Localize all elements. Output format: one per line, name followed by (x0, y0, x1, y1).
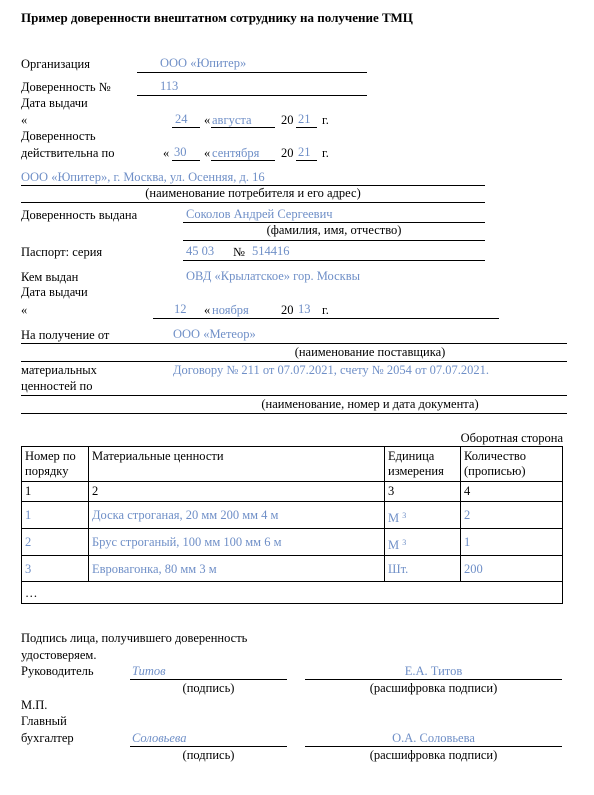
valid-until-day[interactable]: 30 (174, 145, 187, 160)
passport-number[interactable]: 514416 (252, 244, 290, 259)
column-number: 4 (461, 482, 563, 502)
header-cell: Единица измерения (385, 447, 461, 482)
number-label: Доверенность № (21, 80, 111, 95)
passport-label: Паспорт: серия (21, 245, 102, 260)
supplier-value[interactable]: ООО «Метеор» (173, 327, 256, 342)
passport-issuer-label: Кем выдан (21, 270, 78, 285)
passport-date-year-prefix: 20 (281, 303, 294, 318)
issue-date-month[interactable]: августа (212, 113, 252, 128)
document-caption-underline (21, 413, 567, 414)
row-unit[interactable]: М 3 (385, 529, 461, 556)
column-number: 3 (385, 482, 461, 502)
valid-month-underline (211, 160, 275, 161)
items-table: Номер по порядку Материальные ценности Е… (21, 446, 563, 604)
supplier-label: На получение от (21, 328, 109, 343)
table-row: 3 Евровагонка, 80 мм 3 м Шт. 200 (22, 556, 563, 582)
passport-issuer-value[interactable]: ОВД «Крылатское» гор. Москвы (186, 269, 360, 284)
supplier-caption-underline (21, 361, 567, 362)
director-label: Руководитель (21, 664, 94, 679)
column-number-row: 1 2 3 4 (22, 482, 563, 502)
valid-until-year-suffix: г. (322, 146, 329, 161)
ellipsis: … (22, 582, 563, 604)
row-qty[interactable]: 2 (461, 502, 563, 529)
passport-series[interactable]: 45 03 (186, 244, 214, 259)
issued-to-label: Доверенность выдана (21, 208, 137, 223)
issue-date-day[interactable]: 24 (175, 112, 188, 127)
table-header-row: Номер по порядку Материальные ценности Е… (22, 447, 563, 482)
consumer-caption: (наименование потребителя и его адрес) (21, 186, 485, 201)
accountant-label-2: бухгалтер (21, 731, 74, 746)
issue-date-year[interactable]: 21 (298, 112, 311, 127)
passport-number-label: № (233, 245, 245, 260)
organization-label: Организация (21, 57, 90, 72)
passport-date-month-quote: « (204, 303, 210, 318)
table-ellipsis-row: … (22, 582, 563, 604)
document-value[interactable]: Договору № 211 от 07.07.2021, счету № 20… (173, 363, 489, 378)
issue-date-month-quote: « (204, 113, 210, 128)
passport-underline (183, 260, 485, 261)
row-unit[interactable]: М 3 (385, 502, 461, 529)
row-number[interactable]: 2 (22, 529, 89, 556)
valid-year-underline (296, 160, 317, 161)
passport-date-underline (153, 318, 499, 319)
row-name[interactable]: Брус строганый, 100 мм 100 мм 6 м (89, 529, 385, 556)
unit-text: М (388, 511, 399, 525)
certify-line-2: удостоверяем. (21, 648, 96, 663)
document-label-2: ценностей по (21, 379, 93, 394)
valid-until-month-quote: « (204, 146, 210, 161)
passport-date-quote: « (21, 303, 27, 318)
row-number[interactable]: 1 (22, 502, 89, 529)
valid-until-year-prefix: 20 (281, 146, 294, 161)
reverse-side-label: Оборотная сторона (461, 431, 563, 446)
accountant-decoded[interactable]: О.А. Соловьева (305, 731, 562, 746)
stamp-label: М.П. (21, 698, 47, 713)
table-row: 2 Брус строганый, 100 мм 100 мм 6 м М 3 … (22, 529, 563, 556)
row-qty[interactable]: 200 (461, 556, 563, 582)
column-number: 1 (22, 482, 89, 502)
valid-day-underline (172, 160, 200, 161)
number-underline (137, 95, 367, 96)
document-caption: (наименование, номер и дата документа) (173, 397, 567, 412)
issued-to-caption: (фамилия, имя, отчество) (183, 223, 485, 238)
row-unit[interactable]: Шт. (385, 556, 461, 582)
director-decoded[interactable]: Е.А. Титов (305, 664, 562, 679)
issue-date-year-suffix: г. (322, 113, 329, 128)
issued-to-caption-underline (183, 240, 485, 241)
unit-text: М (388, 538, 399, 552)
unit-text: Шт. (388, 562, 408, 576)
unit-sup: 3 (402, 538, 406, 547)
accountant-decoded-line (305, 746, 562, 747)
row-number[interactable]: 3 (22, 556, 89, 582)
director-signature-line (130, 679, 287, 680)
header-cell: Материальные ценности (89, 447, 385, 482)
supplier-caption: (наименование поставщика) (173, 345, 567, 360)
passport-date-year-suffix: г. (322, 303, 329, 318)
passport-date-label: Дата выдачи (21, 285, 88, 300)
document-underline (21, 395, 567, 396)
accountant-label-1: Главный (21, 714, 67, 729)
issue-year-underline (296, 127, 317, 128)
issue-month-underline (211, 127, 275, 128)
director-signature-caption: (подпись) (130, 681, 287, 696)
valid-until-year[interactable]: 21 (298, 145, 311, 160)
issue-day-underline (172, 127, 200, 128)
passport-date-month[interactable]: ноября (212, 303, 249, 318)
organization-value[interactable]: ООО «Юпитер» (160, 56, 246, 71)
passport-date-day[interactable]: 12 (174, 302, 187, 317)
accountant-decoded-caption: (расшифровка подписи) (305, 748, 562, 763)
document-label-1: материальных (21, 363, 97, 378)
accountant-signature[interactable]: Соловьева (132, 731, 186, 746)
issue-date-year-prefix: 20 (281, 113, 294, 128)
consumer-caption-underline (21, 202, 485, 203)
issue-date-label: Дата выдачи (21, 96, 88, 111)
passport-date-year[interactable]: 13 (298, 302, 311, 317)
valid-until-label-2: действительна по (21, 146, 114, 161)
director-signature[interactable]: Титов (132, 664, 166, 679)
certify-line-1: Подпись лица, получившего доверенность (21, 631, 247, 646)
column-number: 2 (89, 482, 385, 502)
issued-to-value[interactable]: Соколов Андрей Сергеевич (186, 207, 333, 222)
valid-until-label-1: Доверенность (21, 129, 96, 144)
row-qty[interactable]: 1 (461, 529, 563, 556)
document-title: Пример доверенности внештатном сотрудник… (21, 10, 413, 25)
unit-sup: 3 (402, 511, 406, 520)
issue-date-quote: « (21, 113, 27, 128)
header-cell: Номер по порядку (22, 447, 89, 482)
valid-until-quote: « (163, 146, 169, 161)
consumer-value[interactable]: ООО «Юпитер», г. Москва, ул. Осенняя, д.… (21, 170, 265, 185)
accountant-signature-line (130, 746, 287, 747)
supplier-underline (21, 343, 567, 344)
table-row: 1 Доска строганая, 20 мм 200 мм 4 м М 3 … (22, 502, 563, 529)
header-cell: Количество (прописью) (461, 447, 563, 482)
row-name[interactable]: Доска строганая, 20 мм 200 мм 4 м (89, 502, 385, 529)
director-decoded-line (305, 679, 562, 680)
number-value[interactable]: 113 (160, 79, 178, 94)
accountant-signature-caption: (подпись) (130, 748, 287, 763)
organization-underline (137, 72, 367, 73)
row-name[interactable]: Евровагонка, 80 мм 3 м (89, 556, 385, 582)
director-decoded-caption: (расшифровка подписи) (305, 681, 562, 696)
valid-until-month[interactable]: сентября (212, 146, 259, 161)
